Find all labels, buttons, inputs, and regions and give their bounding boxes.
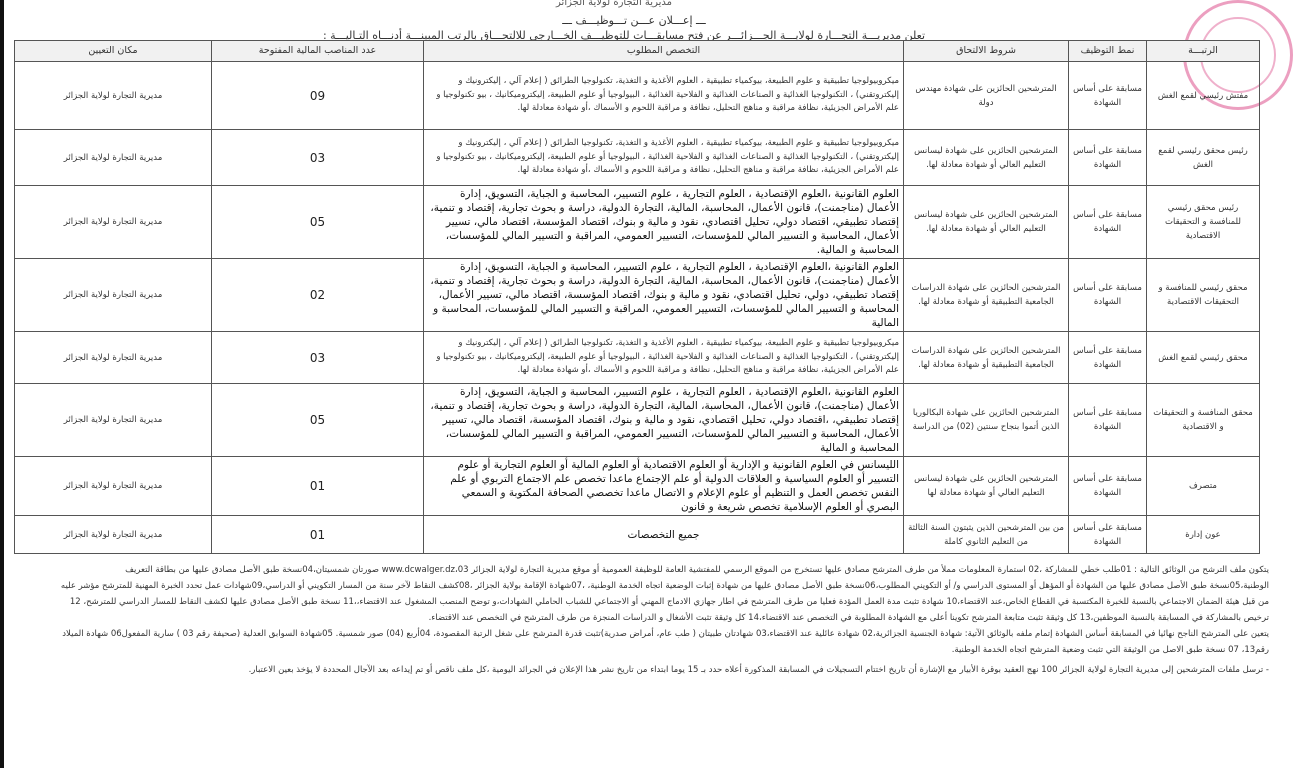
rank-cell: مفتش رئيسي لقمع الغش [1147, 62, 1260, 130]
recruit-mode-cell: مسابقة على أساس الشهادة [1069, 186, 1147, 259]
placement-cell: مديرية التجارة لولاية الجزائر [15, 457, 212, 516]
conditions-cell: المترشحين الحائزين على شهادة الدراسات ال… [904, 332, 1069, 384]
col-conditions: شروط الالتحاق [904, 41, 1069, 62]
conditions-cell: المترشحين الحائزين على شهادة مهندس دولة [904, 62, 1069, 130]
specialty-cell: جميع التخصصات [424, 516, 904, 554]
table-row: رئيس محقق رئيسي للمنافسة و التحقيقات الا… [15, 186, 1260, 259]
positions-count-cell: 05 [212, 186, 424, 259]
recruit-mode-cell: مسابقة على أساس الشهادة [1069, 259, 1147, 332]
placement-cell: مديرية التجارة لولاية الجزائر [15, 62, 212, 130]
table-row: محقق رئيسي لقمع الغشمسابقة على أساس الشه… [15, 332, 1260, 384]
table-row: محقق رئيسي للمنافسة و التحقيقات الاقتصاد… [15, 259, 1260, 332]
rank-cell: رئيس محقق رئيسي للمنافسة و التحقيقات الا… [1147, 186, 1260, 259]
conditions-cell: المترشحين الحائزين على شهادة الدراسات ال… [904, 259, 1069, 332]
recruit-mode-cell: مسابقة على أساس الشهادة [1069, 516, 1147, 554]
specialty-cell: ميكروبيولوجيا تطبيقية و علوم الطبيعة، بي… [424, 62, 904, 130]
note-line: رقم13، 07 نسخة طبق الاصل من الوثيقة التي… [14, 642, 1269, 658]
note-line: من قبل هيئة الضمان الاجتماعي بالنسبة للخ… [14, 594, 1269, 610]
specialty-cell: ميكروبيولوجيا تطبيقية و علوم الطبيعة، بي… [424, 332, 904, 384]
rank-cell: متصرف [1147, 457, 1260, 516]
note-line: - ترسل ملفات المترشحين إلى مديرية التجار… [14, 662, 1269, 678]
col-specialty: التخصص المطلوب [424, 41, 904, 62]
note-line: يتعين على المترشح الناجح نهائيا في المسا… [14, 626, 1269, 642]
positions-count-cell: 09 [212, 62, 424, 130]
note-line: ترخيص بالمشاركة في المسابقة بالنسبة المو… [14, 610, 1269, 626]
announcement-title: ـــ إعـــلان عـــن تـــوظيـــف ـــ [504, 14, 764, 27]
recruit-mode-cell: مسابقة على أساس الشهادة [1069, 130, 1147, 186]
conditions-cell: المترشحين الحائزين على شهادة البكالوريا … [904, 384, 1069, 457]
recruit-mode-cell: مسابقة على أساس الشهادة [1069, 384, 1147, 457]
rank-cell: محقق المنافسة و التحقيقات و الاقتصادية [1147, 384, 1260, 457]
recruitment-announcement: مديرية التجارة لولاية الجزائر ـــ إعـــل… [4, 0, 1293, 768]
table-row: متصرفمسابقة على أساس الشهادةالمترشحين ال… [15, 457, 1260, 516]
positions-count-cell: 05 [212, 384, 424, 457]
conditions-cell: من بين المترشحين الذين يثبتون السنة الثا… [904, 516, 1069, 554]
recruit-mode-cell: مسابقة على أساس الشهادة [1069, 457, 1147, 516]
positions-count-cell: 02 [212, 259, 424, 332]
positions-count-cell: 01 [212, 457, 424, 516]
table-row: محقق المنافسة و التحقيقات و الاقتصاديةمس… [15, 384, 1260, 457]
table-row: عون إدارةمسابقة على أساس الشهادةمن بين ا… [15, 516, 1260, 554]
note-line: الوطنية،05نسخة طبق الأصل مصادق عليها من … [14, 578, 1269, 594]
table-row: مفتش رئيسي لقمع الغشمسابقة على أساس الشه… [15, 62, 1260, 130]
col-place: مكان التعيين [15, 41, 212, 62]
recruit-mode-cell: مسابقة على أساس الشهادة [1069, 62, 1147, 130]
placement-cell: مديرية التجارة لولاية الجزائر [15, 516, 212, 554]
rank-cell: رئيس محقق رئيسي لقمع الغش [1147, 130, 1260, 186]
placement-cell: مديرية التجارة لولاية الجزائر [15, 259, 212, 332]
specialty-cell: العلوم القانونية ،العلوم الإقتصادية ، ال… [424, 259, 904, 332]
positions-count-cell: 03 [212, 130, 424, 186]
specialty-cell: العلوم القانونية ،العلوم الإقتصادية ، ال… [424, 384, 904, 457]
issuer-line: مديرية التجارة لولاية الجزائر [424, 0, 804, 8]
col-rank: الرتبـــة [1147, 41, 1260, 62]
col-positions: عدد المناصب المالية المفتوحة [212, 41, 424, 62]
rank-cell: محقق رئيسي للمنافسة و التحقيقات الاقتصاد… [1147, 259, 1260, 332]
specialty-cell: العلوم القانونية ،العلوم الإقتصادية ، ال… [424, 186, 904, 259]
rank-cell: محقق رئيسي لقمع الغش [1147, 332, 1260, 384]
placement-cell: مديرية التجارة لولاية الجزائر [15, 186, 212, 259]
placement-cell: مديرية التجارة لولاية الجزائر [15, 384, 212, 457]
application-notes: يتكون ملف الترشح من الوثائق التالية : 01… [14, 562, 1269, 678]
placement-cell: مديرية التجارة لولاية الجزائر [15, 332, 212, 384]
specialty-cell: ميكروبيولوجيا تطبيقية و علوم الطبيعة، بي… [424, 130, 904, 186]
recruit-mode-cell: مسابقة على أساس الشهادة [1069, 332, 1147, 384]
note-line: يتكون ملف الترشح من الوثائق التالية : 01… [14, 562, 1269, 578]
table-header-row: الرتبـــة نمط التوظيف شروط الالتحاق التخ… [15, 41, 1260, 62]
table-row: رئيس محقق رئيسي لقمع الغشمسابقة على أساس… [15, 130, 1260, 186]
positions-count-cell: 03 [212, 332, 424, 384]
col-recruit-mode: نمط التوظيف [1069, 41, 1147, 62]
conditions-cell: المترشحين الحائزين على شهادة ليسانس التع… [904, 186, 1069, 259]
conditions-cell: المترشحين الحائزين على شهادة ليسانس التع… [904, 457, 1069, 516]
specialty-cell: الليسانس في العلوم القانونية و الإدارية … [424, 457, 904, 516]
placement-cell: مديرية التجارة لولاية الجزائر [15, 130, 212, 186]
positions-table: الرتبـــة نمط التوظيف شروط الالتحاق التخ… [14, 40, 1260, 554]
conditions-cell: المترشحين الحائزين على شهادة ليسانس التع… [904, 130, 1069, 186]
positions-count-cell: 01 [212, 516, 424, 554]
rank-cell: عون إدارة [1147, 516, 1260, 554]
